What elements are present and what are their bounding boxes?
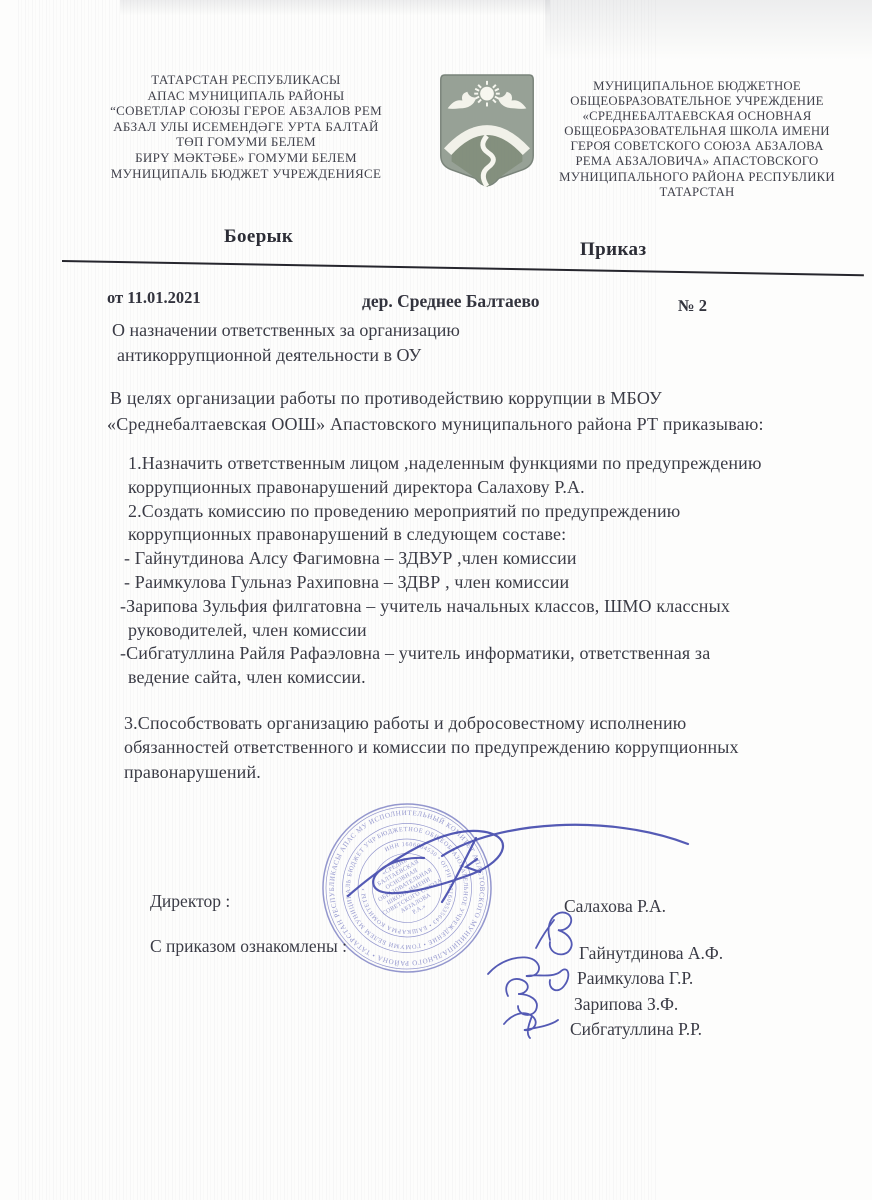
- letterhead-line: ОБЩЕОБРАЗОВАТЕЛЬНАЯ ШКОЛА ИМЕНИ: [544, 124, 850, 139]
- letterhead-line: «СРЕДНЕБАЛТАЕВСКАЯ ОСНОВНАЯ: [544, 109, 850, 124]
- title-tatar-boeryk: Боерык: [224, 226, 293, 248]
- letterhead-line: ГЕРОЯ СОВЕТСКОГО СОЮЗА АБЗАЛОВА: [544, 139, 850, 154]
- letterhead-line: МУНИЦИПАЛЬНОГО РАЙОНА РЕСПУБЛИКИ: [544, 170, 850, 185]
- scanned-document-page: ТАТАРСТАН РЕСПУБЛИКАСЫ АПАС МУНИЦИПАЛЬ Р…: [0, 0, 872, 1200]
- order-line: 1.Назначить ответственным лицом ,наделен…: [128, 452, 762, 476]
- clause-line: 3.Способствовать организацию работы и до…: [124, 711, 739, 735]
- acknowledged-label: С приказом ознакомлены :: [150, 936, 347, 957]
- subject-line: О назначении ответственных за организаци…: [112, 318, 460, 343]
- signature-loop: [348, 831, 503, 896]
- order-line: 2.Создать комиссию по проведению меропри…: [128, 500, 762, 524]
- order-items: 1.Назначить ответственным лицом ,наделен…: [128, 452, 762, 690]
- letterhead-line: АПАС МУНИЦИПАЛЬ РАЙОНЫ: [70, 88, 422, 104]
- order-clause-3: 3.Способствовать организацию работы и до…: [124, 711, 739, 784]
- letterhead-line: ОБЩЕОБРАЗОВАТЕЛЬНОЕ УЧРЕЖДЕНИЕ: [544, 94, 850, 109]
- order-line: -Зарипова Зульфия филгатовна – учитель н…: [120, 595, 762, 619]
- order-line: коррупционных правонарушений директора С…: [128, 476, 762, 500]
- order-intro: В целях организации работы по противодей…: [110, 386, 764, 437]
- scan-shadow-top: [120, 0, 550, 16]
- order-line: ведение сайта, член комиссии.: [128, 666, 762, 690]
- letterhead-line: ТАТАРСТАН РЕСПУБЛИКАСЫ: [70, 72, 422, 88]
- title-russian-prikaz: Приказ: [580, 239, 647, 261]
- letterhead-line: “СОВЕТЛАР СОЮЗЫ ГЕРОЕ АБЗАЛОВ РЕМ: [70, 103, 422, 119]
- signature-zaripova: [506, 979, 537, 1015]
- director-label: Директор :: [150, 891, 230, 912]
- letterhead-line: АБЗАЛ УЛЫ ИСЕМЕНДӘГЕ УРТА БАЛТАЙ: [70, 119, 422, 135]
- intro-line: «Среднебалтаевская ООШ» Апастовского мун…: [107, 412, 764, 438]
- order-subject: О назначении ответственных за организаци…: [112, 318, 460, 368]
- letterhead-line: БИРҮ МӘКТӘБЕ» ГОМУМИ БЕЛЕМ: [70, 150, 422, 166]
- letterhead-line: МУНИЦИПАЛЬНОЕ БЮДЖЕТНОЕ: [544, 79, 850, 94]
- intro-line: В целях организации работы по противодей…: [110, 386, 764, 412]
- letterhead-line: МУНИЦИПАЛЬ БЮДЖЕТ УЧРЕЖДЕНИЯСЕ: [70, 166, 422, 182]
- subject-line: антикоррупционной деятельности в ОУ: [117, 343, 460, 368]
- clause-line: обязанностей ответственного и комиссии п…: [124, 735, 739, 759]
- signature-sibgatullina: [504, 1013, 558, 1038]
- letterhead-left-tatar: ТАТАРСТАН РЕСПУБЛИКАСЫ АПАС МУНИЦИПАЛЬ Р…: [70, 72, 422, 181]
- scan-shadow-top-right: [545, 0, 872, 60]
- order-line: - Гайнутдинова Алсу Фагимовна – ЗДВУР ,ч…: [124, 547, 762, 571]
- letterhead-line: РЕМА АБЗАЛОВИЧА» АПАСТОВСКОГО: [544, 154, 850, 169]
- order-line: - Раимкулова Гульназ Рахиповна – ЗДВР , …: [124, 571, 762, 595]
- signature-gainutdinova: [536, 912, 572, 954]
- signature-tail: [442, 825, 688, 856]
- staff-signatures-ink: [478, 902, 602, 1044]
- order-line: руководителей, член комиссии: [128, 619, 762, 643]
- order-number: № 2: [678, 296, 707, 316]
- letterhead-right-russian: МУНИЦИПАЛЬНОЕ БЮДЖЕТНОЕ ОБЩЕОБРАЗОВАТЕЛЬ…: [544, 79, 850, 200]
- school-coat-of-arms-icon: [436, 73, 538, 193]
- order-line: -Сибгатуллина Райля Рафаэловна – учитель…: [120, 642, 762, 666]
- order-line: коррупционных правонарушений в следующем…: [128, 523, 762, 547]
- clause-line: правонарушений.: [124, 760, 739, 784]
- letterhead-line: ТӨП ГОМУМИ БЕЛЕМ: [70, 134, 422, 150]
- order-place: дер. Среднее Балтаево: [362, 291, 540, 312]
- horizontal-divider: [62, 260, 864, 277]
- letterhead-line: ТАТАРСТАН: [544, 185, 850, 200]
- signature-flick: [466, 859, 480, 872]
- order-date: от 11.01.2021: [107, 288, 201, 308]
